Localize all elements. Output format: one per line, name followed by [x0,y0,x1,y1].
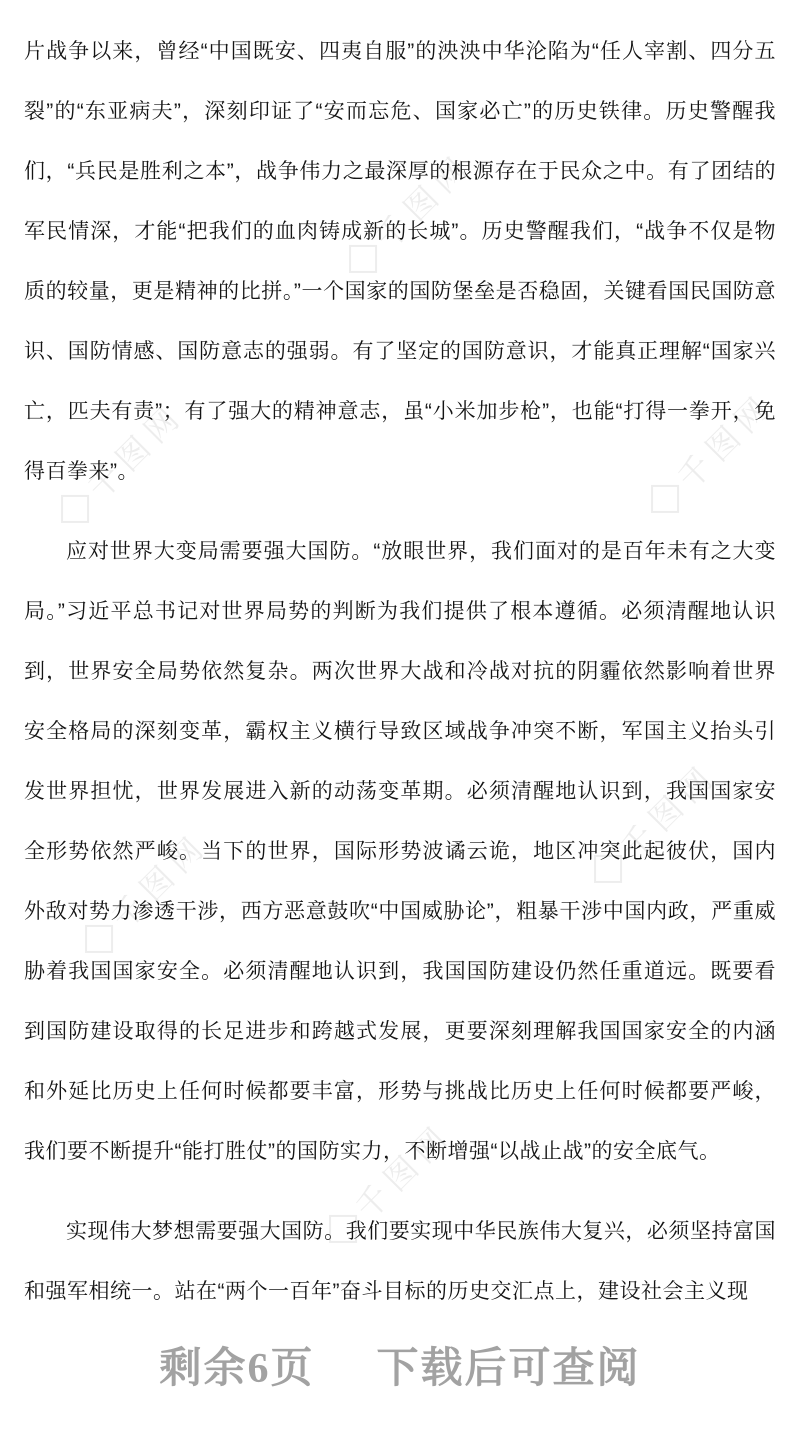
document-page: 千图网 千图网 千图网 千图网 千图网 千图网 片战争以来，曾经“中国既安、四夷… [0,0,800,1443]
paragraph-2: 应对世界大变局需要强大国防。“放眼世界，我们面对的是百年未有之大变局。”习近平总… [24,522,776,1182]
download-hint-label: 下载后可查阅 [377,1335,641,1395]
document-body: 片战争以来，曾经“中国既安、四夷自服”的泱泱中华沦陷为“任人宰割、四分五裂”的“… [0,0,800,1322]
pages-left-label: 剩余6页 [159,1335,314,1395]
remaining-pages-banner: 剩余6页 下载后可查阅 [0,1335,800,1395]
paragraph-3: 实现伟大梦想需要强大国防。我们要实现中华民族伟大复兴，必须坚持富国和强军相统一。… [24,1202,776,1322]
paragraph-1: 片战争以来，曾经“中国既安、四夷自服”的泱泱中华沦陷为“任人宰割、四分五裂”的“… [24,22,776,502]
